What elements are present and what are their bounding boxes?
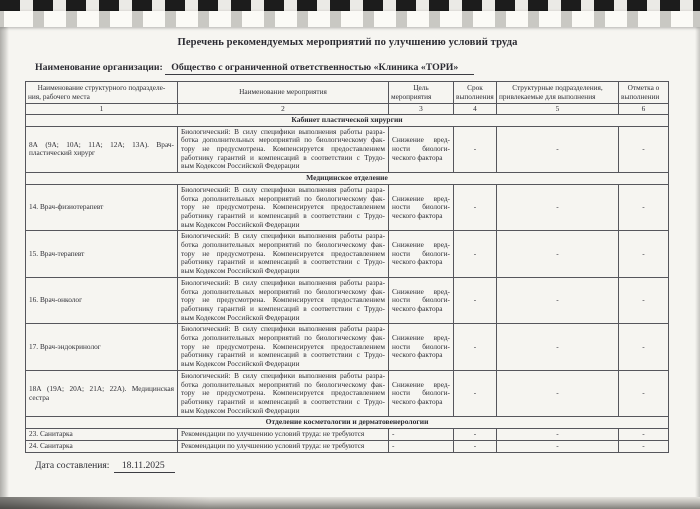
term-cell: -	[454, 370, 497, 417]
binding-comb	[0, 0, 700, 27]
mark-cell: -	[619, 429, 669, 441]
col-number: 5	[497, 104, 619, 115]
table-header: Наименование структурного подразделе-ния…	[26, 82, 669, 115]
measure-cell: Биологический: В силу специфики выполнен…	[178, 231, 389, 278]
binding-spine	[0, 0, 700, 11]
section-row: Отделение косметологии и дерматовенероло…	[26, 417, 669, 429]
departments-cell: -	[497, 440, 619, 452]
col-header: Структурные подразделения,привлекаемые д…	[497, 82, 619, 104]
org-line: Наименование организации: Общество с огр…	[35, 62, 670, 73]
page-edge-left	[0, 0, 9, 509]
measure-cell: Биологический: В силу специфики выполнен…	[178, 277, 389, 324]
term-cell: -	[454, 184, 497, 231]
mark-cell: -	[619, 126, 669, 173]
departments-cell: -	[497, 126, 619, 173]
goal-cell: Снижение вред-ности биологи-ческого факт…	[389, 126, 454, 173]
col-header: Сроквыполнения	[454, 82, 497, 104]
table-row: 16. Врач-онкологБиологический: В силу сп…	[26, 277, 669, 324]
mark-cell: -	[619, 440, 669, 452]
table-row: 15. Врач-терапевтБиологический: В силу с…	[26, 231, 669, 278]
goal-cell: -	[389, 440, 454, 452]
term-cell: -	[454, 231, 497, 278]
col-number: 2	[178, 104, 389, 115]
workplace-cell: 18А (19А; 20А; 21А; 22А). Медицинскаясес…	[26, 370, 178, 417]
term-cell: -	[454, 324, 497, 371]
measure-cell: Рекомендации по улучшению условий труда:…	[178, 440, 389, 452]
page-edge-right	[695, 0, 700, 509]
col-number: 1	[26, 104, 178, 115]
term-cell: -	[454, 126, 497, 173]
mark-cell: -	[619, 277, 669, 324]
mark-cell: -	[619, 231, 669, 278]
section-title: Медицинское отделение	[26, 173, 669, 185]
col-number: 4	[454, 104, 497, 115]
col-header: Наименование мероприятия	[178, 82, 389, 104]
term-cell: -	[454, 440, 497, 452]
workplace-cell: 23. Санитарка	[26, 429, 178, 441]
measure-cell: Биологический: В силу специфики выполнен…	[178, 126, 389, 173]
departments-cell: -	[497, 429, 619, 441]
binding-teeth	[0, 11, 700, 27]
measures-table: Наименование структурного подразделе-ния…	[25, 81, 669, 453]
mark-cell: -	[619, 370, 669, 417]
date-label: Дата составления:	[35, 460, 109, 471]
org-label: Наименование организации:	[35, 62, 163, 73]
goal-cell: Снижение вред-ности биологи-ческого факт…	[389, 370, 454, 417]
mark-cell: -	[619, 184, 669, 231]
page-edge-bottom	[0, 497, 700, 509]
section-title: Кабинет пластической хирургии	[26, 114, 669, 126]
col-header: Отметка овыполнении	[619, 82, 669, 104]
table-row: 23. СанитаркаРекомендации по улучшению у…	[26, 429, 669, 441]
table-row: 24. СанитаркаРекомендации по улучшению у…	[26, 440, 669, 452]
document-sheet: Перечень рекомендуемых мероприятий по ул…	[25, 27, 670, 471]
measure-cell: Биологический: В силу специфики выполнен…	[178, 324, 389, 371]
departments-cell: -	[497, 277, 619, 324]
page-title: Перечень рекомендуемых мероприятий по ул…	[25, 36, 670, 49]
col-header: Цельмероприятия	[389, 82, 454, 104]
table-row: 17. Врач-эндокринологБиологический: В си…	[26, 324, 669, 371]
table-row: 8А (9А; 10А; 11А; 12А; 13А). Врач-пласти…	[26, 126, 669, 173]
goal-cell: Снижение вред-ности биологи-ческого факт…	[389, 184, 454, 231]
measure-cell: Биологический: В силу специфики выполнен…	[178, 184, 389, 231]
workplace-cell: 14. Врач-физиотерапевт	[26, 184, 178, 231]
workplace-cell: 24. Санитарка	[26, 440, 178, 452]
col-number: 6	[619, 104, 669, 115]
departments-cell: -	[497, 231, 619, 278]
table-row: 14. Врач-физиотерапевтБиологический: В с…	[26, 184, 669, 231]
date-line: Дата составления: 18.11.2025	[35, 460, 670, 471]
departments-cell: -	[497, 184, 619, 231]
col-number: 3	[389, 104, 454, 115]
departments-cell: -	[497, 370, 619, 417]
goal-cell: Снижение вред-ности биологи-ческого факт…	[389, 277, 454, 324]
mark-cell: -	[619, 324, 669, 371]
goal-cell: Снижение вред-ности биологи-ческого факт…	[389, 231, 454, 278]
workplace-cell: 15. Врач-терапевт	[26, 231, 178, 278]
date-value: 18.11.2025	[114, 460, 175, 473]
col-header: Наименование структурного подразделе-ния…	[26, 82, 178, 104]
workplace-cell: 17. Врач-эндокринолог	[26, 324, 178, 371]
org-value: Общество с ограниченной ответственностью…	[165, 62, 474, 75]
section-row: Медицинское отделение	[26, 173, 669, 185]
measure-cell: Рекомендации по улучшению условий труда:…	[178, 429, 389, 441]
workplace-cell: 8А (9А; 10А; 11А; 12А; 13А). Врач-пласти…	[26, 126, 178, 173]
measure-cell: Биологический: В силу специфики выполнен…	[178, 370, 389, 417]
departments-cell: -	[497, 324, 619, 371]
table-row: 18А (19А; 20А; 21А; 22А). Медицинскаясес…	[26, 370, 669, 417]
section-title: Отделение косметологии и дерматовенероло…	[26, 417, 669, 429]
section-row: Кабинет пластической хирургии	[26, 114, 669, 126]
goal-cell: -	[389, 429, 454, 441]
table-body: Кабинет пластической хирургии8А (9А; 10А…	[26, 114, 669, 452]
term-cell: -	[454, 277, 497, 324]
goal-cell: Снижение вред-ности биологи-ческого факт…	[389, 324, 454, 371]
term-cell: -	[454, 429, 497, 441]
workplace-cell: 16. Врач-онколог	[26, 277, 178, 324]
